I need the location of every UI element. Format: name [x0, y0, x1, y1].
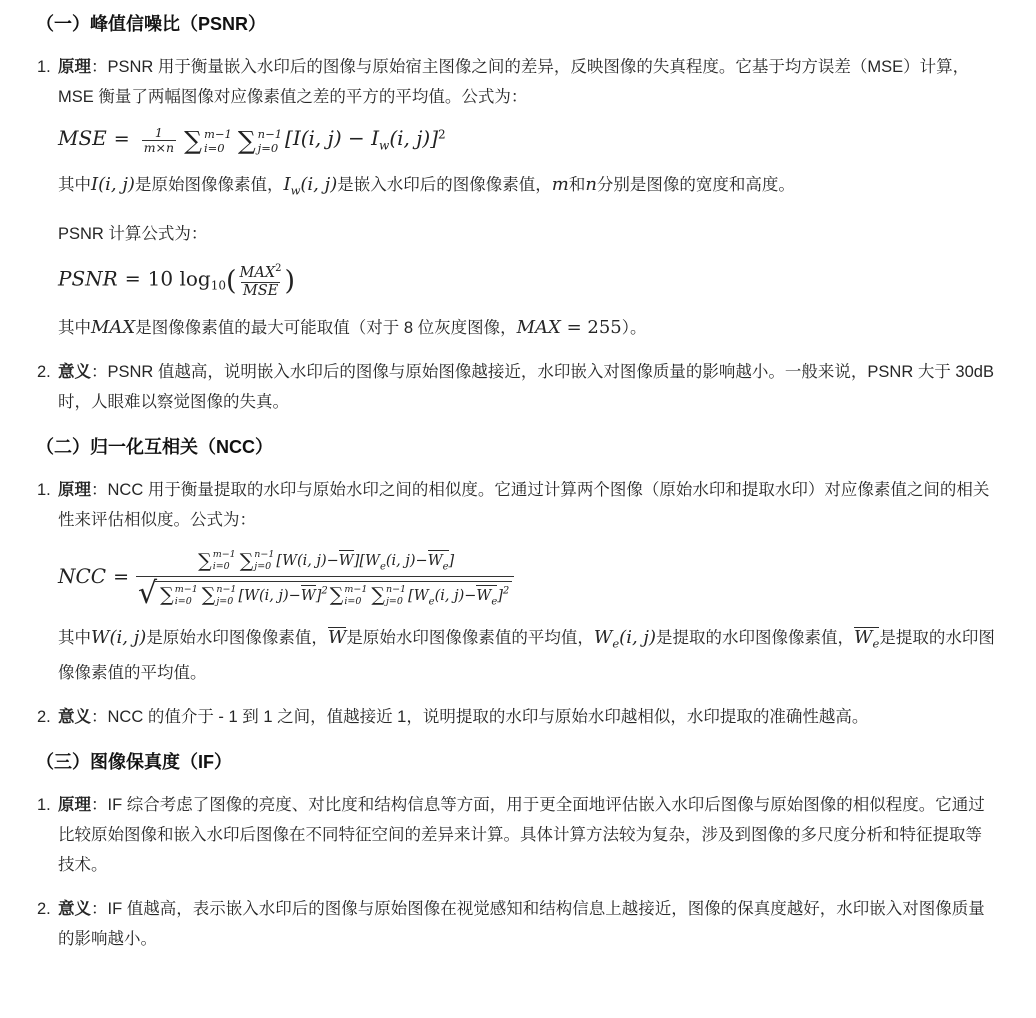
list-item-psnr-principle: 1.原理：PSNR 用于衡量嵌入水印后的图像与原始宿主图像之间的差异，反映图像的… — [36, 52, 998, 112]
fraction-numerator: 1 — [153, 126, 165, 140]
summation-limits: m−1i=0 — [175, 584, 198, 608]
list-item-ncc-meaning: 2.意义：NCC 的值介于 - 1 到 1 之间，值越接近 1，说明提取的水印与… — [36, 702, 998, 732]
math-var-psnr: PSNR — [58, 266, 118, 290]
math-inline: n — [585, 174, 597, 195]
math-inline: W — [594, 627, 613, 648]
square-root: √∑m−1i=0∑n−1j=0[W(i, j)−W]2∑m−1i=0∑n−1j=… — [138, 580, 512, 609]
text-run: NCC 的值介于 - 1 到 1 之间，值越接近 1，说明提取的水印与原始水印越… — [108, 708, 869, 726]
overline-we: We — [854, 627, 879, 649]
math-var: W — [339, 553, 354, 569]
ncc-denominator: √∑m−1i=0∑n−1j=0[W(i, j)−W]2∑m−1i=0∑n−1j=… — [136, 576, 514, 609]
math-inline: MAX — [517, 317, 561, 338]
term-label: 原理 — [58, 796, 91, 814]
summation-i: ∑m−1i=0 — [198, 549, 236, 573]
math-var: W — [476, 588, 491, 604]
math-var: W — [328, 627, 347, 648]
math-run: (i, j)− — [435, 588, 477, 604]
text-run: 分别是图像的宽度和高度。 — [597, 176, 795, 194]
math-var: W — [854, 627, 873, 648]
math-inline: (i, j) — [619, 627, 656, 648]
section-heading-psnr: （一）峰值信噪比（PSNR） — [36, 12, 998, 36]
paragraph-psnr-lead: PSNR 计算公式为： — [36, 219, 998, 249]
summation-i: ∑m−1i=0 — [330, 584, 368, 608]
text-run: PSNR 计算公式为： — [58, 225, 207, 243]
list-item-if-principle: 1.原理：IF 综合考虑了图像的亮度、对比度和结构信息等方面，用于更全面地评估嵌… — [36, 790, 998, 880]
math-var: W — [301, 588, 316, 604]
list-number: 1. — [37, 475, 51, 505]
math-run: ][ — [354, 553, 365, 569]
sum-upper: m−1 — [344, 584, 367, 596]
math-run: (i, j)− — [386, 553, 428, 569]
sum-lower: i=0 — [204, 141, 225, 155]
list-number: 2. — [37, 894, 51, 924]
sigma-symbol: ∑ — [240, 552, 254, 571]
text-run: 是图像像素值的最大可能取值（对于 8 位灰度图像， — [135, 319, 516, 337]
text-run: 是原始图像像素值， — [135, 176, 284, 194]
sum-upper: n−1 — [254, 549, 274, 561]
sum-lower: j=0 — [216, 596, 233, 608]
math-superscript: 2 — [503, 586, 509, 597]
math-run: [W — [408, 588, 429, 604]
sum-upper: n−1 — [258, 127, 282, 141]
summation-limits: n−1j=0 — [254, 549, 274, 573]
text-run: PSNR 用于衡量嵌入水印后的图像与原始宿主图像之间的差异，反映图像的失真程度。… — [58, 58, 969, 106]
math-run: (i, j)] — [389, 126, 438, 150]
fraction-numerator: MAX2 — [238, 263, 284, 282]
sigma-symbol: ∑ — [198, 552, 212, 571]
list-number: 2. — [37, 702, 51, 732]
radicand: ∑m−1i=0∑n−1j=0[W(i, j)−W]2∑m−1i=0∑n−1j=0… — [155, 581, 512, 608]
text-run: 是原始水印图像像素值， — [146, 629, 328, 647]
list-item-psnr-meaning: 2.意义：PSNR 值越高，说明嵌入水印后的图像与原始图像越接近，水印嵌入对图像… — [36, 357, 998, 417]
sigma-symbol: ∑ — [238, 128, 256, 153]
text-run: IF 综合考虑了图像的亮度、对比度和结构信息等方面，用于更全面地评估嵌入水印后图… — [58, 796, 985, 874]
text-run: NCC 用于衡量提取的水印与原始水印之间的相似度。它通过计算两个图像（原始水印和… — [58, 481, 989, 529]
summation-j: ∑n−1j=0 — [371, 584, 406, 608]
math-var: MAX — [240, 265, 276, 281]
summation-limits: m−1i=0 — [204, 127, 232, 156]
list-number: 1. — [37, 790, 51, 820]
math-run: [W(i, j)− — [276, 553, 338, 569]
term-label: 原理 — [58, 58, 91, 76]
sigma-symbol: ∑ — [330, 586, 344, 605]
math-run: [W(i, j)− — [238, 588, 300, 604]
summation-i: ∑m−1i=0 — [184, 127, 232, 156]
sigma-symbol: ∑ — [160, 586, 174, 605]
ncc-numerator: ∑m−1i=0∑n−1j=0[W(i, j)−W][We(i, j)−We] — [188, 549, 462, 576]
math-subscript: w — [291, 183, 301, 197]
sum-lower: i=0 — [175, 596, 192, 608]
term-label: 原理 — [58, 481, 91, 499]
overline-w: W — [339, 550, 354, 569]
fraction-max-mse: MAX2MSE — [238, 263, 284, 299]
colon: ： — [91, 58, 108, 76]
sum-upper: m−1 — [213, 549, 236, 561]
summation-j: ∑n−1j=0 — [202, 584, 237, 608]
math-run: 10 log — [148, 266, 211, 290]
list-number: 2. — [37, 357, 51, 387]
summation-j: ∑n−1j=0 — [238, 127, 282, 156]
math-inline: I(i, j) — [91, 174, 135, 195]
sum-upper: m−1 — [204, 127, 232, 141]
list-number: 1. — [37, 52, 51, 82]
fraction-ncc: ∑m−1i=0∑n−1j=0[W(i, j)−W][We(i, j)−We]√∑… — [136, 549, 514, 609]
math-var-ncc: NCC — [58, 564, 106, 588]
text-run: 其中 — [58, 629, 91, 647]
overline-w: W — [301, 585, 316, 604]
summation-limits: n−1j=0 — [216, 584, 236, 608]
math-var-mse: MSE — [58, 126, 107, 150]
math-var: W — [428, 553, 443, 569]
sum-lower: j=0 — [258, 141, 279, 155]
summation-limits: n−1j=0 — [258, 127, 282, 156]
sum-upper: n−1 — [216, 584, 236, 596]
math-run: ] — [449, 553, 455, 569]
math-inline: (i, j) — [300, 174, 337, 195]
text-run: ）。 — [622, 319, 647, 337]
math-inline: = 255 — [561, 317, 622, 338]
text-run: 是提取的水印图像像素值， — [656, 629, 854, 647]
sum-lower: i=0 — [213, 561, 230, 573]
paragraph-ncc-variables: 其中W(i, j)是原始水印图像像素值，W是原始水印图像像素值的平均值，We(i… — [36, 623, 998, 688]
formula-ncc: NCC=∑m−1i=0∑n−1j=0[W(i, j)−W][We(i, j)−W… — [58, 549, 998, 609]
colon: ： — [91, 363, 108, 381]
equals-sign: = — [113, 566, 129, 588]
math-subscript: w — [379, 139, 389, 153]
math-inline: W(i, j) — [91, 627, 146, 648]
list-item-ncc-principle: 1.原理：NCC 用于衡量提取的水印与原始水印之间的相似度。它通过计算两个图像（… — [36, 475, 998, 535]
colon: ： — [91, 900, 108, 918]
colon: ： — [91, 481, 108, 499]
summation-limits: m−1i=0 — [213, 549, 236, 573]
text-run: PSNR 值越高，说明嵌入水印后的图像与原始图像越接近，水印嵌入对图像质量的影响… — [58, 363, 994, 411]
sum-upper: m−1 — [175, 584, 198, 596]
text-run: 是嵌入水印后的图像像素值， — [337, 176, 552, 194]
summation-limits: m−1i=0 — [344, 584, 367, 608]
sigma-symbol: ∑ — [202, 586, 216, 605]
math-superscript: 2 — [321, 586, 327, 597]
summation-i: ∑m−1i=0 — [160, 584, 198, 608]
sum-lower: i=0 — [344, 596, 361, 608]
summation-j: ∑n−1j=0 — [240, 549, 275, 573]
sum-lower: j=0 — [386, 596, 403, 608]
fraction-1-over-mn: 1m×n — [142, 126, 176, 156]
colon: ： — [91, 708, 108, 726]
paragraph-mse-variables: 其中I(i, j)是原始图像像素值，Iw(i, j)是嵌入水印后的图像像素值，m… — [36, 170, 998, 205]
term-label: 意义 — [58, 708, 91, 726]
math-inline: MAX — [91, 317, 135, 338]
fraction-denominator: m×n — [142, 140, 176, 155]
term-label: 意义 — [58, 363, 91, 381]
math-var: W — [365, 553, 380, 569]
sum-lower: j=0 — [254, 561, 271, 573]
text-run: 其中 — [58, 319, 91, 337]
fraction-denominator: MSE — [241, 282, 280, 300]
text-run: 是原始水印图像像素值的平均值， — [346, 629, 594, 647]
section-heading-ncc: （二）归一化互相关（NCC） — [36, 435, 998, 459]
text-run: 其中 — [58, 176, 91, 194]
sum-upper: n−1 — [386, 584, 406, 596]
math-subscript: 10 — [211, 279, 226, 293]
math-inline: m — [552, 174, 569, 195]
equals-sign: = — [114, 128, 130, 150]
sigma-symbol: ∑ — [371, 586, 385, 605]
document-body: （一）峰值信噪比（PSNR） 1.原理：PSNR 用于衡量嵌入水印后的图像与原始… — [0, 0, 1036, 1018]
colon: ： — [91, 796, 108, 814]
text-run: 和 — [569, 176, 586, 194]
summation-limits: n−1j=0 — [386, 584, 406, 608]
formula-mse: MSE=1m×n∑m−1i=0∑n−1j=0[I(i, j) − Iw(i, j… — [58, 126, 998, 156]
overline-w: W — [328, 627, 347, 648]
list-item-if-meaning: 2.意义：IF 值越高，表示嵌入水印后的图像与原始图像在视觉感知和结构信息上越接… — [36, 894, 998, 954]
math-superscript: 2 — [438, 128, 446, 142]
term-label: 意义 — [58, 900, 91, 918]
math-run: [I(i, j) − I — [285, 126, 379, 150]
section-heading-if: （三）图像保真度（IF） — [36, 750, 998, 774]
paragraph-max-note: 其中MAX是图像像素值的最大可能取值（对于 8 位灰度图像，MAX = 255）… — [36, 313, 998, 343]
close-paren: ) — [285, 266, 296, 297]
math-superscript: 2 — [275, 263, 281, 274]
sigma-symbol: ∑ — [184, 128, 202, 153]
formula-psnr: PSNR=10 log10(MAX2MSE) — [58, 263, 998, 299]
equals-sign: = — [125, 268, 141, 290]
math-inline: I — [283, 174, 290, 195]
overline-we: We — [428, 550, 449, 573]
overline-we: We — [476, 585, 497, 608]
text-run: IF 值越高，表示嵌入水印后的图像与原始图像在视觉感知和结构信息上越接近，图像的… — [58, 900, 985, 948]
open-paren: ( — [226, 266, 237, 297]
